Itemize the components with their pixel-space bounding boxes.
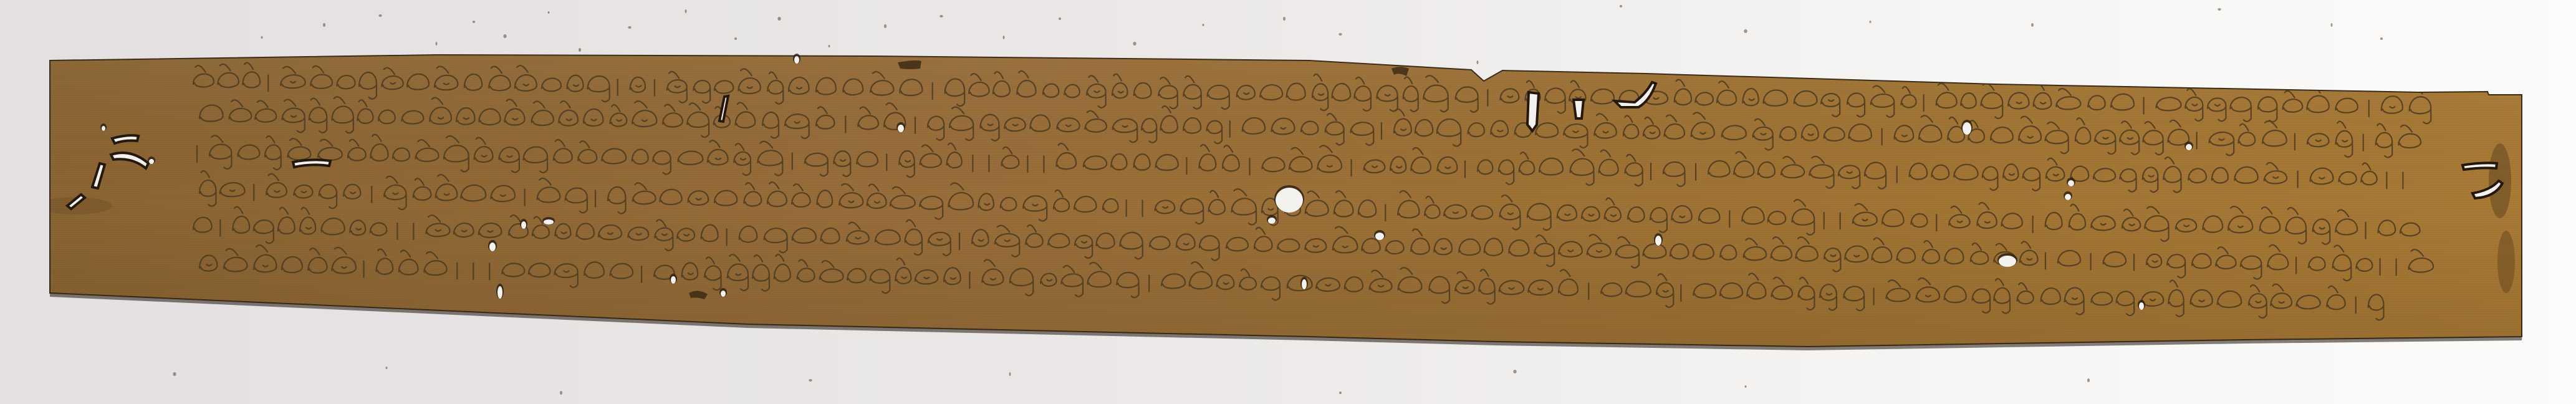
speck (884, 24, 887, 28)
speck (386, 367, 388, 369)
speck (323, 23, 325, 27)
speck (560, 391, 562, 395)
speck (1513, 370, 1516, 373)
slit (1527, 92, 1539, 131)
speck (2087, 378, 2090, 382)
hole (721, 291, 726, 297)
hole (2068, 180, 2074, 186)
speck (829, 45, 830, 47)
speck (173, 372, 176, 376)
speck (809, 379, 812, 382)
speck (1059, 17, 1061, 20)
hole (2186, 144, 2192, 150)
hole (2065, 194, 2071, 200)
hole (1276, 188, 1303, 213)
speck (1003, 36, 1005, 39)
hole (521, 221, 526, 229)
speck (777, 17, 781, 21)
manuscript-photograph: Palm-leaf manuscript folio Incised handw… (0, 0, 2576, 404)
palm-leaf-folio (0, 0, 2576, 404)
speck (1009, 372, 1011, 376)
stain (2497, 231, 2515, 293)
speck (734, 37, 737, 40)
speck (1338, 33, 1342, 36)
speck (1133, 42, 1136, 46)
hole (1268, 218, 1276, 224)
hole (489, 243, 496, 251)
speck (378, 14, 382, 17)
speck (1283, 17, 1286, 21)
speck (2218, 8, 2221, 11)
hole (2139, 302, 2144, 310)
speck (940, 15, 943, 17)
hole (149, 159, 154, 164)
speck (436, 42, 438, 46)
hole (1963, 122, 1971, 135)
hole (1375, 233, 1384, 240)
hole (497, 286, 502, 299)
speck (1745, 385, 1747, 388)
speck (1744, 29, 1747, 33)
speck (628, 26, 631, 29)
speck (579, 48, 581, 52)
speck (1620, 5, 1622, 7)
hole (102, 126, 105, 131)
slit (2463, 163, 2497, 170)
speck (1477, 60, 1479, 64)
hole (898, 125, 904, 132)
hole (1302, 279, 1307, 289)
speck (503, 34, 506, 38)
hole (544, 219, 554, 224)
speck (2031, 23, 2034, 27)
hole (1999, 256, 2016, 267)
hole (671, 276, 676, 284)
speck (1870, 21, 1872, 23)
slit (1574, 100, 1584, 118)
speck (261, 36, 263, 39)
speck (685, 9, 687, 13)
speck (1203, 24, 1204, 26)
hole (794, 56, 799, 64)
speck (473, 21, 475, 23)
speck (548, 11, 550, 14)
hole (1655, 236, 1661, 246)
speck (2380, 37, 2383, 40)
speck (1339, 392, 1342, 394)
slit (293, 160, 330, 167)
speck (2331, 23, 2333, 27)
